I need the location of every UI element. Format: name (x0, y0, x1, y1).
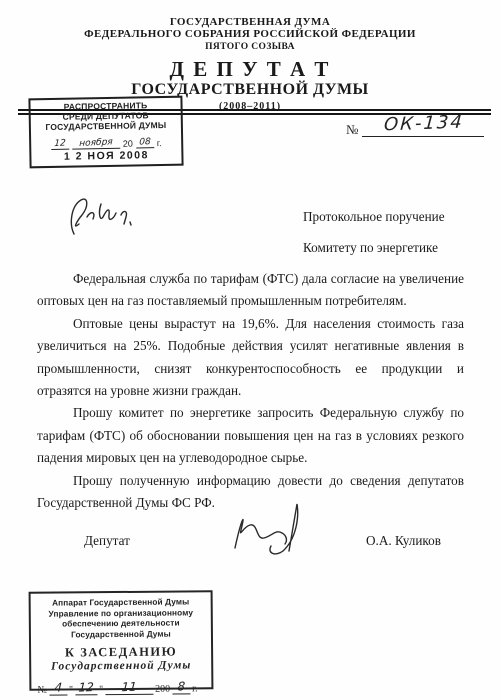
handwritten-year: 8 (177, 680, 185, 693)
signer-name: О.А. Куликов (366, 533, 441, 549)
handwritten-document-number: ОК-134 (383, 111, 464, 138)
assignment-type: Протокольное поручение (303, 201, 445, 232)
number-label: № (37, 685, 47, 696)
org-name: ГОСУДАРСТВЕННАЯ ДУМА (0, 16, 500, 28)
paragraph: Прошу комитет по энергетике запросить Фе… (37, 402, 464, 469)
stamp-date-row: 12 ноября 20 08 г. (31, 131, 181, 151)
session-org: Государственной Думы (31, 658, 211, 674)
quote-mark: " (69, 684, 73, 695)
handwritten-year: 08 (139, 138, 151, 148)
distribution-stamp: РАСПРОСТРАНИТЬ СРЕДИ ДЕПУТАТОВ ГОСУДАРСТ… (28, 96, 183, 169)
handwritten-day: 12 (78, 681, 94, 695)
registration-stamp: Аппарат Государственной Думы Управление … (29, 590, 214, 691)
approval-signature (58, 192, 153, 244)
document-body: Федеральная служба по тарифам (ФТС) дала… (37, 268, 464, 514)
addressee-block: Протокольное поручение Комитету по энерг… (303, 201, 445, 263)
org-parent: ФЕДЕРАЛЬНОГО СОБРАНИЯ РОССИЙСКОЙ ФЕДЕРАЦ… (0, 28, 500, 40)
handwritten-day: 12 (54, 139, 66, 149)
quote-mark: " (99, 684, 103, 695)
scanned-document-page: ГОСУДАРСТВЕННАЯ ДУМА ФЕДЕРАЛЬНОГО СОБРАН… (0, 0, 500, 700)
year-prefix: 200 (155, 684, 170, 695)
year-suffix: г. (192, 683, 198, 694)
stamp-line: Управление по организационному (31, 607, 211, 619)
number-label: № (346, 123, 358, 137)
document-number-field: № ОК-134 (346, 112, 494, 137)
handwritten-number: 4 (54, 681, 62, 694)
paragraph: Оптовые цены вырастут на 19,6%. Для насе… (37, 313, 464, 403)
year-prefix: 20 (123, 139, 133, 149)
stamp-line: Государственной Думы (31, 628, 211, 640)
deputy-signature (225, 496, 320, 566)
handwritten-month: ноября (79, 138, 113, 149)
registration-number-row: № 4 " 12 " 11 200 8 г. (31, 676, 211, 696)
document-subtitle: ГОСУДАРСТВЕННОЙ ДУМЫ (0, 81, 500, 99)
document-title: Д Е П У Т А Т (0, 58, 500, 81)
session-label: К ЗАСЕДАНИЮ (31, 644, 211, 660)
year-suffix: г. (157, 138, 162, 148)
date-stamp: 1 2 НОЯ 2008 (31, 149, 181, 164)
convocation: ПЯТОГО СОЗЫВА (0, 42, 500, 53)
paragraph: Федеральная служба по тарифам (ФТС) дала… (37, 268, 464, 313)
signer-role: Депутат (84, 533, 130, 549)
handwritten-month: 11 (121, 681, 137, 695)
assignment-committee: Комитету по энергетике (303, 232, 445, 263)
